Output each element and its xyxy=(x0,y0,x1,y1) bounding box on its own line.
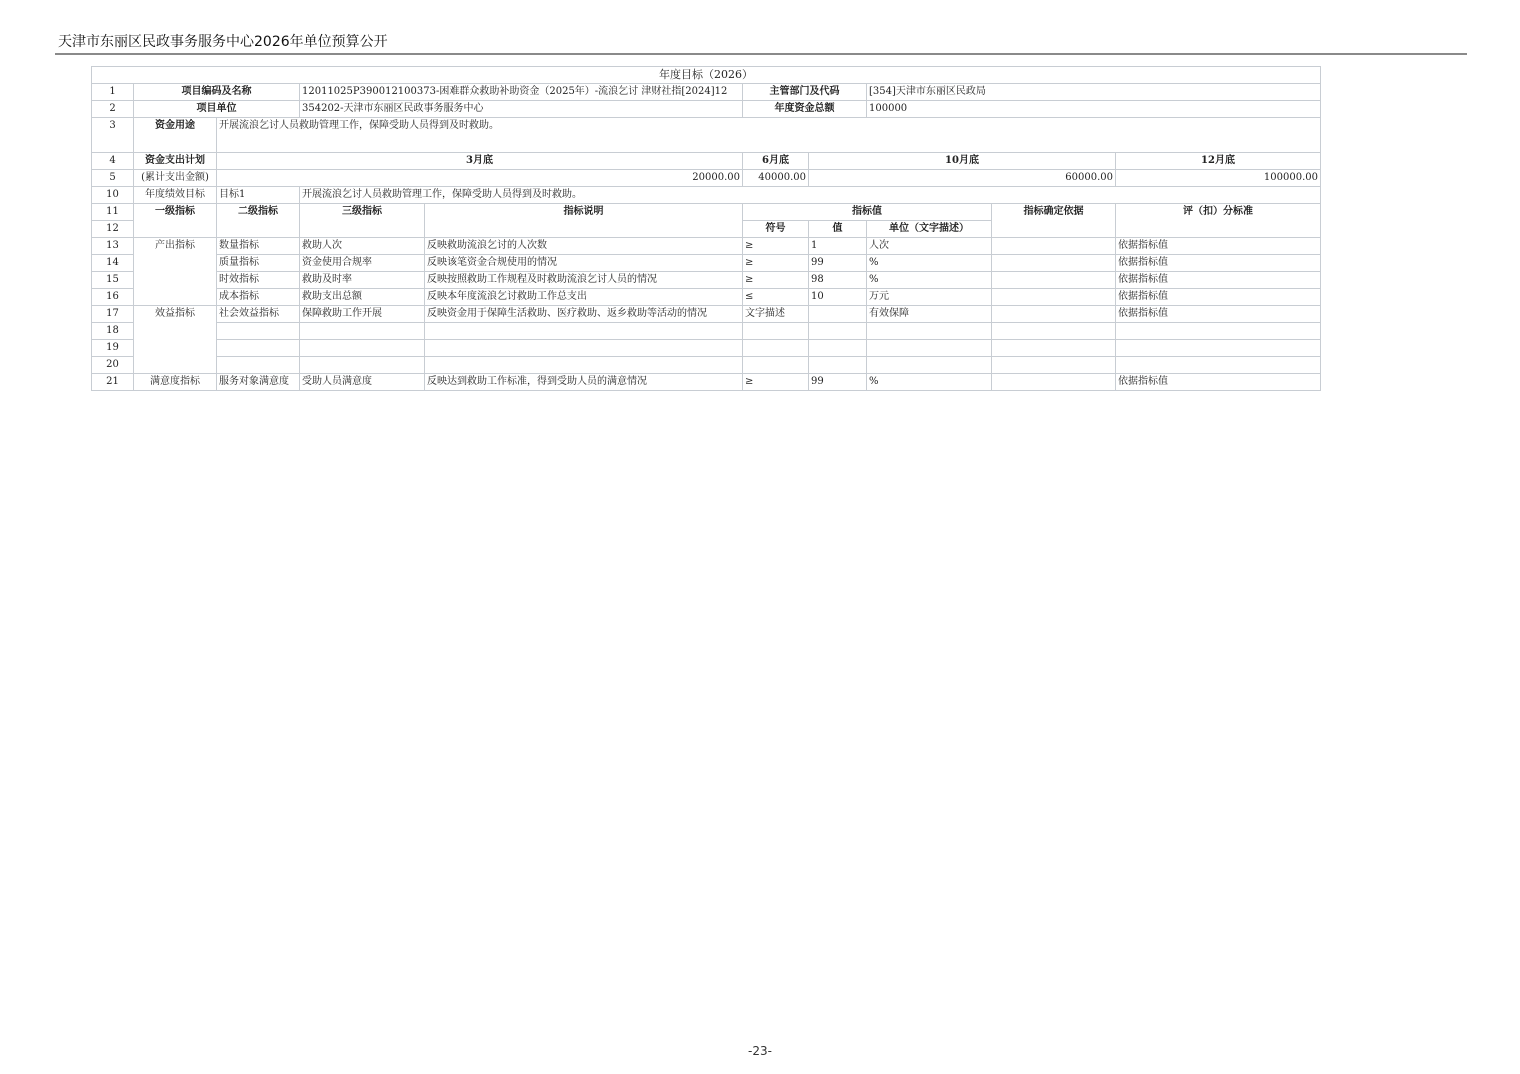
row-number: 13 xyxy=(92,238,134,255)
level3-cell: 救助人次 xyxy=(300,238,425,255)
level3-cell xyxy=(300,357,425,374)
unit-cell xyxy=(867,357,992,374)
row-number: 12 xyxy=(92,221,134,238)
table-row: 16成本指标救助支出总额反映本年度流浪乞讨救助工作总支出≤10万元依据指标值 xyxy=(92,289,1321,306)
scoring-cell: 依据指标值 xyxy=(1116,255,1321,272)
spend-period-header: 3月底 xyxy=(217,153,743,170)
row-number: 10 xyxy=(92,187,134,204)
symbol-cell xyxy=(743,357,809,374)
scoring-cell: 依据指标值 xyxy=(1116,306,1321,323)
level3-cell: 救助支出总额 xyxy=(300,289,425,306)
goal-value: 开展流浪乞讨人员救助管理工作，保障受助人员得到及时救助。 xyxy=(300,187,1321,204)
table-row: 17效益指标社会效益指标保障救助工作开展反映资金用于保障生活救助、医疗救助、返乡… xyxy=(92,306,1321,323)
level3-cell: 保障救助工作开展 xyxy=(300,306,425,323)
level2-cell: 时效指标 xyxy=(217,272,300,289)
description-cell xyxy=(425,323,743,340)
indicator-rows: 13产出指标数量指标救助人次反映救助流浪乞讨的人次数≥1人次依据指标值14质量指… xyxy=(92,238,1321,391)
scoring-cell: 依据指标值 xyxy=(1116,272,1321,289)
unit-label: 项目单位 xyxy=(134,101,300,118)
scoring-cell xyxy=(1116,340,1321,357)
scoring-cell xyxy=(1116,323,1321,340)
unit-value: 354202-天津市东丽区民政事务服务中心 xyxy=(300,101,743,118)
level2-cell: 社会效益指标 xyxy=(217,306,300,323)
symbol-cell: ≥ xyxy=(743,255,809,272)
row-number: 1 xyxy=(92,84,134,101)
project-code-value: 12011025P390012100373-困难群众救助补助资金（2025年）-… xyxy=(300,84,743,101)
description-cell: 反映达到救助工作标准，得到受助人员的满意情况 xyxy=(425,374,743,391)
project-code-label: 项目编码及名称 xyxy=(134,84,300,101)
spend-amount: 60000.00 xyxy=(809,170,1116,187)
value-cell xyxy=(809,340,867,357)
spend-amount: 100000.00 xyxy=(1116,170,1321,187)
level3-cell xyxy=(300,323,425,340)
annual-total-label: 年度资金总额 xyxy=(743,101,867,118)
col-header-symbol: 符号 xyxy=(743,221,809,238)
level2-cell xyxy=(217,357,300,374)
table-row: 18 xyxy=(92,323,1321,340)
spend-amount: 40000.00 xyxy=(743,170,809,187)
basis-cell xyxy=(992,323,1116,340)
basis-cell xyxy=(992,306,1116,323)
col-header-level2: 二级指标 xyxy=(217,204,300,238)
spend-plan-label: 资金支出计划 xyxy=(134,153,217,170)
value-cell: 99 xyxy=(809,374,867,391)
col-header-basis: 指标确定依据 xyxy=(992,204,1116,238)
basis-cell xyxy=(992,357,1116,374)
description-cell: 反映按照救助工作规程及时救助流浪乞讨人员的情况 xyxy=(425,272,743,289)
basis-cell xyxy=(992,374,1116,391)
row-number: 17 xyxy=(92,306,134,323)
table-row: 15时效指标救助及时率反映按照救助工作规程及时救助流浪乞讨人员的情况≥98%依据… xyxy=(92,272,1321,289)
dept-label: 主管部门及代码 xyxy=(743,84,867,101)
scoring-cell: 依据指标值 xyxy=(1116,374,1321,391)
purpose-value: 开展流浪乞讨人员救助管理工作，保障受助人员得到及时救助。 xyxy=(217,118,1321,153)
row-number: 2 xyxy=(92,101,134,118)
symbol-cell: ≥ xyxy=(743,238,809,255)
table-row: 14质量指标资金使用合规率反映该笔资金合规使用的情况≥99%依据指标值 xyxy=(92,255,1321,272)
row-number: 5 xyxy=(92,170,134,187)
spend-period-header: 12月底 xyxy=(1116,153,1321,170)
value-cell: 99 xyxy=(809,255,867,272)
level3-cell: 救助及时率 xyxy=(300,272,425,289)
value-cell xyxy=(809,323,867,340)
unit-cell xyxy=(867,340,992,357)
description-cell xyxy=(425,340,743,357)
unit-cell xyxy=(867,323,992,340)
goal-label: 年度绩效目标 xyxy=(134,187,217,204)
level2-cell xyxy=(217,340,300,357)
value-cell xyxy=(809,306,867,323)
purpose-label: 资金用途 xyxy=(134,118,217,153)
description-cell: 反映本年度流浪乞讨救助工作总支出 xyxy=(425,289,743,306)
page-number: -23- xyxy=(0,1044,1520,1058)
basis-cell xyxy=(992,238,1116,255)
scoring-cell: 依据指标值 xyxy=(1116,289,1321,306)
row-number: 4 xyxy=(92,153,134,170)
symbol-cell: ≥ xyxy=(743,374,809,391)
unit-cell: 万元 xyxy=(867,289,992,306)
level2-cell: 服务对象满意度 xyxy=(217,374,300,391)
symbol-cell: 文字描述 xyxy=(743,306,809,323)
row-number: 15 xyxy=(92,272,134,289)
annual-goal-table: 年度目标（2026） 1 项目编码及名称 12011025P3900121003… xyxy=(91,66,1321,391)
table-row: 19 xyxy=(92,340,1321,357)
unit-cell: 人次 xyxy=(867,238,992,255)
col-header-level1: 一级指标 xyxy=(134,204,217,238)
symbol-cell xyxy=(743,323,809,340)
col-header-indicator-value: 指标值 xyxy=(743,204,992,221)
level2-cell xyxy=(217,323,300,340)
group-benefit: 效益指标 xyxy=(134,306,217,374)
row-number: 11 xyxy=(92,204,134,221)
level3-cell: 受助人员满意度 xyxy=(300,374,425,391)
description-cell: 反映该笔资金合规使用的情况 xyxy=(425,255,743,272)
scoring-cell: 依据指标值 xyxy=(1116,238,1321,255)
level2-cell: 数量指标 xyxy=(217,238,300,255)
row-number: 14 xyxy=(92,255,134,272)
document-header: 天津市东丽区民政事务服务中心2026年单位预算公开 xyxy=(58,31,388,51)
row-number: 3 xyxy=(92,118,134,153)
level2-cell: 质量指标 xyxy=(217,255,300,272)
row-number: 20 xyxy=(92,357,134,374)
value-cell xyxy=(809,357,867,374)
table-row: 20 xyxy=(92,357,1321,374)
header-divider xyxy=(55,53,1467,55)
group-output: 产出指标 xyxy=(134,238,217,306)
scoring-cell xyxy=(1116,357,1321,374)
spend-period-header: 6月底 xyxy=(743,153,809,170)
table-row: 13产出指标数量指标救助人次反映救助流浪乞讨的人次数≥1人次依据指标值 xyxy=(92,238,1321,255)
col-header-unit: 单位（文字描述） xyxy=(867,221,992,238)
symbol-cell: ≥ xyxy=(743,272,809,289)
row-number: 18 xyxy=(92,323,134,340)
row-number: 16 xyxy=(92,289,134,306)
row-number: 21 xyxy=(92,374,134,391)
table-row: 21满意度指标服务对象满意度受助人员满意度反映达到救助工作标准，得到受助人员的满… xyxy=(92,374,1321,391)
col-header-scoring: 评（扣）分标准 xyxy=(1116,204,1321,238)
spend-period-header: 10月底 xyxy=(809,153,1116,170)
value-cell: 10 xyxy=(809,289,867,306)
row-number: 19 xyxy=(92,340,134,357)
description-cell: 反映救助流浪乞讨的人次数 xyxy=(425,238,743,255)
symbol-cell xyxy=(743,340,809,357)
col-header-level3: 三级指标 xyxy=(300,204,425,238)
description-cell xyxy=(425,357,743,374)
group-satisfaction: 满意度指标 xyxy=(134,374,217,391)
level3-cell xyxy=(300,340,425,357)
basis-cell xyxy=(992,289,1116,306)
spend-amount: 20000.00 xyxy=(217,170,743,187)
col-header-description: 指标说明 xyxy=(425,204,743,238)
basis-cell xyxy=(992,272,1116,289)
value-cell: 1 xyxy=(809,238,867,255)
table-title: 年度目标（2026） xyxy=(92,67,1321,84)
level2-cell: 成本指标 xyxy=(217,289,300,306)
unit-cell: % xyxy=(867,255,992,272)
unit-cell: 有效保障 xyxy=(867,306,992,323)
spend-plan-sub-label: (累计支出金额) xyxy=(134,170,217,187)
level3-cell: 资金使用合规率 xyxy=(300,255,425,272)
symbol-cell: ≤ xyxy=(743,289,809,306)
basis-cell xyxy=(992,340,1116,357)
col-header-value: 值 xyxy=(809,221,867,238)
description-cell: 反映资金用于保障生活救助、医疗救助、返乡救助等活动的情况 xyxy=(425,306,743,323)
basis-cell xyxy=(992,255,1116,272)
value-cell: 98 xyxy=(809,272,867,289)
dept-value: [354]天津市东丽区民政局 xyxy=(867,84,1321,101)
unit-cell: % xyxy=(867,272,992,289)
annual-total-value: 100000 xyxy=(867,101,1321,118)
unit-cell: % xyxy=(867,374,992,391)
goal-name: 目标1 xyxy=(217,187,300,204)
